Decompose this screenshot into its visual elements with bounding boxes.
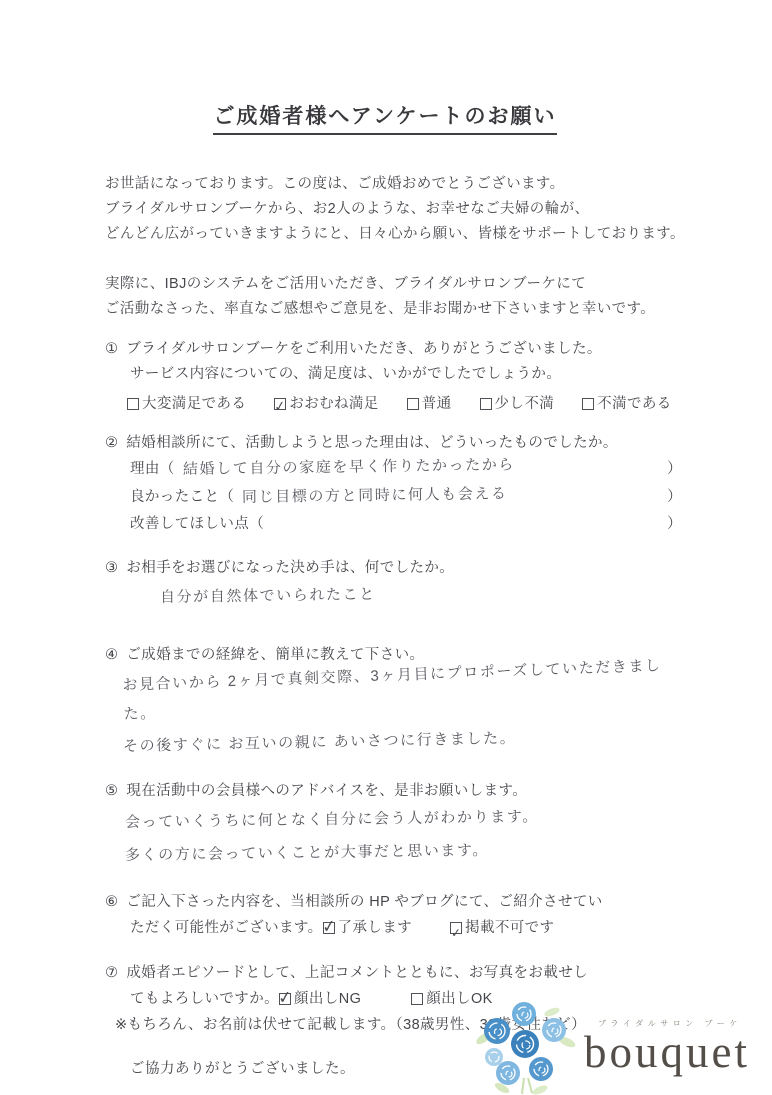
- reason-label: 理由（: [130, 456, 175, 484]
- closing-paren: ）: [667, 456, 682, 484]
- good-points-label: 良かったこと（: [130, 484, 234, 512]
- question-3-deciding-factor: ③ お相手をお選びになった決め手は、何でしたか。 自分が自然体でいられたこと: [105, 556, 772, 607]
- checkbox-label: 不満である: [597, 391, 672, 417]
- question-5-number: ⑤: [105, 779, 118, 804]
- satisfaction-options: 大変満足である おおむね満足 普通 少し不満 不満である: [105, 391, 772, 417]
- checkbox-slightly-dissatisfied[interactable]: 少し不満: [480, 391, 555, 417]
- intro-paragraph: お世話になっております。この度は、ご成婚おめでとうございます。 ブライダルサロン…: [105, 172, 772, 247]
- checkbox-no-publication[interactable]: 掲載不可です: [450, 915, 554, 941]
- page-title: ご成婚者様へアンケートのお願い: [213, 100, 556, 135]
- checkbox-very-satisfied[interactable]: 大変満足である: [127, 391, 246, 417]
- question-7-number: ⑦: [105, 961, 118, 986]
- checkbox-neutral[interactable]: 普通: [407, 391, 452, 417]
- survey-document: ご成婚者様へアンケートのお願い お世話になっております。この度は、ご成婚おめでと…: [0, 0, 772, 1095]
- rose-center: [511, 1030, 539, 1058]
- checkbox-label: おおむね満足: [289, 391, 378, 417]
- bouquet-logo: ブライダルサロン ブーケ bouquet: [474, 1000, 750, 1095]
- question-6-publication-consent: ⑥ ご記入下さった内容を、当相談所の HP やブログにて、ご紹介させてい ただく…: [105, 890, 772, 941]
- request-paragraph: 実際に、IBJのシステムをご活用いただき、ブライダルサロンブーケにて ご活動なさ…: [105, 272, 772, 322]
- checkbox-face-ng[interactable]: 顔出しNG: [279, 986, 361, 1012]
- checkbox-label: 顔出しNG: [294, 986, 361, 1012]
- checkbox-label: 少し不満: [495, 391, 555, 417]
- question-3-number: ③: [105, 556, 118, 581]
- rose-upper-left: [484, 1018, 510, 1044]
- checkbox-box: [279, 993, 291, 1005]
- blue-roses-bouquet-icon: [474, 1000, 576, 1095]
- question-4-marriage-path: ④ ご成婚までの経緯を、簡単に教えて下さい。 お見合いから 2ヶ月で真剣交際、3…: [105, 643, 772, 761]
- request-line-1: 実際に、IBJのシステムをご活用いただき、ブライダルサロンブーケにて: [105, 272, 772, 297]
- checkbox-box: [411, 993, 423, 1005]
- closing-paren: ）: [667, 511, 682, 539]
- checkbox-box: [127, 398, 139, 410]
- advice-handwritten-line2: 多くの方に会っていくことが大事だと思います。: [125, 831, 772, 869]
- rose-right: [542, 1018, 566, 1042]
- improvement-handwritten-answer: [272, 505, 667, 538]
- question-1-text-line2: サービス内容についての、満足度は、いかがでしたでしょうか。: [105, 362, 772, 387]
- question-4-number: ④: [105, 643, 118, 668]
- checkbox-label: 普通: [422, 391, 452, 417]
- question-3-text: お相手をお選びになった決め手は、何でしたか。: [126, 556, 454, 581]
- checkbox-consent[interactable]: 了承します: [323, 915, 413, 941]
- checkbox-label: 大変満足である: [142, 391, 246, 417]
- question-2-reasons: ② 結婚相談所にて、活動しようと思った理由は、どういったものでしたか。 理由（ …: [105, 431, 772, 539]
- question-7-text-line2: てもよろしいですか。: [130, 986, 279, 1012]
- logo-wordmark: bouquet: [584, 1029, 750, 1076]
- checkbox-label: 掲載不可です: [465, 915, 554, 941]
- checkbox-box: [407, 398, 419, 410]
- checkbox-box: [323, 922, 335, 934]
- question-1-satisfaction: ① ブライダルサロンブーケをご利用いただき、ありがとうございました。 サービス内…: [105, 337, 772, 417]
- checkbox-dissatisfied[interactable]: 不満である: [582, 391, 672, 417]
- advice-handwritten-line1: 会っていくうちに何となく自分に会う人がわかります。: [125, 798, 772, 836]
- checkbox-box: [450, 922, 462, 934]
- question-6-text: ご記入下さった内容を、当相談所の HP やブログにて、ご紹介させてい: [126, 890, 602, 915]
- deciding-factor-handwritten-answer: 自分が自然体でいられたこと: [160, 582, 376, 606]
- rose-bottom-left: [496, 1061, 520, 1085]
- rose-top: [512, 1002, 536, 1026]
- intro-line-1: お世話になっております。この度は、ご成婚おめでとうございます。: [105, 172, 772, 197]
- question-1-number: ①: [105, 337, 118, 362]
- checkbox-box: [480, 398, 492, 410]
- closing-paren: ）: [667, 484, 682, 512]
- checkbox-box: [582, 398, 594, 410]
- checkbox-mostly-satisfied[interactable]: おおむね満足: [274, 391, 378, 417]
- intro-line-2: ブライダルサロンブーケから、お2人のような、お幸せなご夫婦の輪が、: [105, 197, 772, 222]
- question-2-number: ②: [105, 431, 118, 456]
- rose-mid-left: [485, 1048, 503, 1066]
- checkbox-box: [274, 398, 286, 410]
- improvement-row: 改善してほしい点（ ）: [105, 511, 682, 539]
- question-6-text-line2: ただく可能性がございます。: [130, 915, 323, 941]
- request-line-2: ご活動なさった、率直なご感想やご意見を、是非お聞かせ下さいますと幸いです。: [105, 297, 772, 322]
- question-7-text: 成婚者エピソードとして、上記コメントとともに、お写真をお載せし: [126, 961, 588, 986]
- intro-line-3: どんどん広がっていきますようにと、日々心から願い、皆様をサポートしております。: [105, 222, 772, 247]
- question-5-text: 現在活動中の会員様へのアドバイスを、是非お願いします。: [126, 779, 527, 804]
- improvement-label: 改善してほしい点（: [130, 511, 264, 539]
- rose-bottom-right: [529, 1057, 553, 1081]
- question-5-advice: ⑤ 現在活動中の会員様へのアドバイスを、是非お願いします。 会っていくうちに何と…: [105, 779, 772, 870]
- question-1-text: ブライダルサロンブーケをご利用いただき、ありがとうございました。: [126, 337, 601, 362]
- checkbox-label: 了承します: [338, 915, 413, 941]
- question-6-number: ⑥: [105, 890, 118, 915]
